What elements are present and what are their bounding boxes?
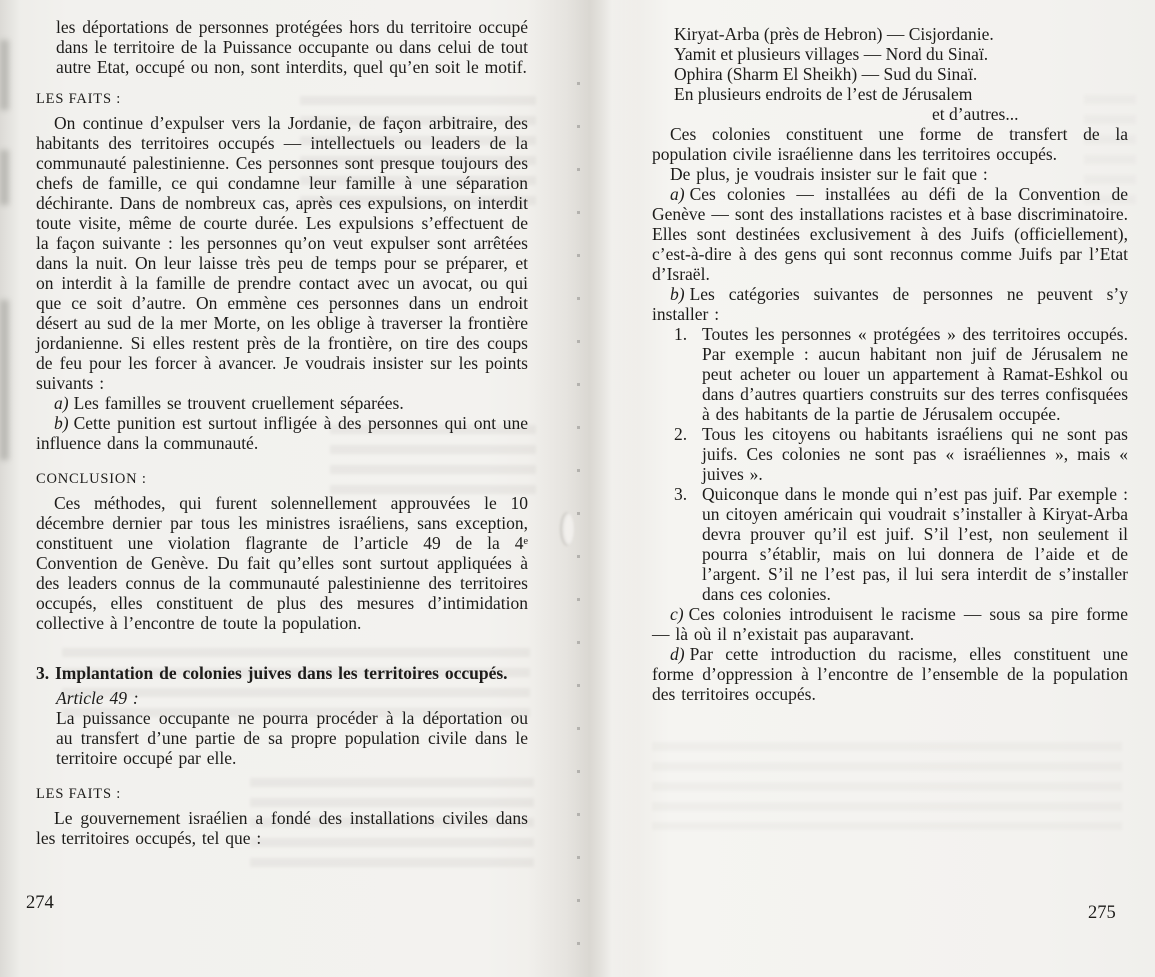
colony-line: Ophira (Sharm El Sheikh) — Sud du Sinaï.: [674, 64, 1128, 84]
faits-paragraph-2: Le gouvernement israélien a fondé des in…: [36, 808, 528, 848]
edge-smudge: [0, 40, 9, 110]
page-number-275: 275: [1088, 903, 1116, 923]
point-b-left: b)Cette punition est surtout infligée à …: [36, 413, 528, 453]
numbered-item-2-text: Tous les citoyens ou habitants israélien…: [702, 424, 1128, 484]
article-49-label: Article 49 :: [56, 688, 528, 708]
faits-paragraph-1: On continue d’expulser vers la Jordanie,…: [36, 113, 528, 393]
bleedthrough-ghost-text: [652, 742, 1122, 830]
binding-smudge: [560, 512, 574, 546]
point-b-right: b)Les catégories suivantes de personnes …: [652, 284, 1128, 324]
colonies-et-autres: et d’autres...: [932, 104, 1128, 124]
colony-line: Kiryat-Arba (près de Hebron) — Cisjordan…: [674, 24, 1128, 44]
binding-gutter-shadow: [528, 0, 640, 977]
point-b-text: Les catégories suivantes de personnes ne…: [652, 284, 1128, 324]
page-number-274: 274: [26, 893, 54, 913]
page-edge-shading: [0, 0, 20, 977]
numbered-item-3: 3. Quiconque dans le monde qui n’est pas…: [674, 484, 1128, 604]
point-a-text: Ces colonies — installées au défi de la …: [652, 184, 1128, 284]
les-faits-label-1: LES FAITS :: [36, 90, 528, 108]
point-c-text: Ces colonies introduisent le racisme — s…: [652, 604, 1128, 644]
point-d-text: Par cette introduction du racisme, elles…: [652, 644, 1128, 704]
point-c-right: c)Ces colonies introduisent le racisme —…: [652, 604, 1128, 644]
numbered-item-2: 2. Tous les citoyens ou habitants israél…: [674, 424, 1128, 484]
point-b-text: Cette punition est surtout infligée à de…: [36, 413, 528, 453]
les-faits-label-2: LES FAITS :: [36, 785, 528, 803]
point-a-marker: a): [670, 184, 685, 204]
page-left: les déportations de personnes protégées …: [36, 0, 528, 848]
intro-article-quote: les déportations de personnes protégées …: [56, 17, 528, 77]
numbered-item-3-marker: 3.: [674, 484, 702, 604]
conclusion-label: CONCLUSION :: [36, 470, 528, 488]
point-b-marker: b): [54, 413, 69, 433]
point-d-marker: d): [670, 644, 685, 664]
conclusion-paragraph: Ces méthodes, qui furent solennellement …: [36, 493, 528, 633]
article-49-quote: La puissance occupante ne pourra procéde…: [56, 708, 528, 768]
point-a-left: a)Les familles se trouvent cruellement s…: [36, 393, 528, 413]
numbered-item-1: 1. Toutes les personnes « protégées » de…: [674, 324, 1128, 424]
de-plus-paragraph: De plus, je voudrais insister sur le fai…: [652, 164, 1128, 184]
edge-smudge: [0, 150, 9, 205]
numbered-item-3-text: Quiconque dans le monde qui n’est pas ju…: [702, 484, 1128, 604]
point-a-right: a)Ces colonies — installées au défi de l…: [652, 184, 1128, 284]
numbered-item-2-marker: 2.: [674, 424, 702, 484]
section-3-heading: 3. Implantation de colonies juives dans …: [36, 663, 528, 683]
colony-line: Yamit et plusieurs villages — Nord du Si…: [674, 44, 1128, 64]
point-d-right: d)Par cette introduction du racisme, ell…: [652, 644, 1128, 704]
colonies-paragraph: Ces colonies constituent une forme de tr…: [652, 124, 1128, 164]
point-c-marker: c): [670, 604, 684, 624]
colony-line: En plusieurs endroits de l’est de Jérusa…: [674, 84, 1128, 104]
point-b-marker: b): [670, 284, 685, 304]
page-right: Kiryat-Arba (près de Hebron) — Cisjordan…: [652, 0, 1128, 704]
point-a-marker: a): [54, 393, 69, 413]
numbered-item-1-marker: 1.: [674, 324, 702, 424]
book-scan-spread: les déportations de personnes protégées …: [0, 0, 1155, 977]
edge-smudge: [0, 300, 9, 460]
numbered-item-1-text: Toutes les personnes « protégées » des t…: [702, 324, 1128, 424]
point-a-text: Les familles se trouvent cruellement sép…: [74, 393, 404, 413]
binding-stitches: [577, 82, 580, 952]
